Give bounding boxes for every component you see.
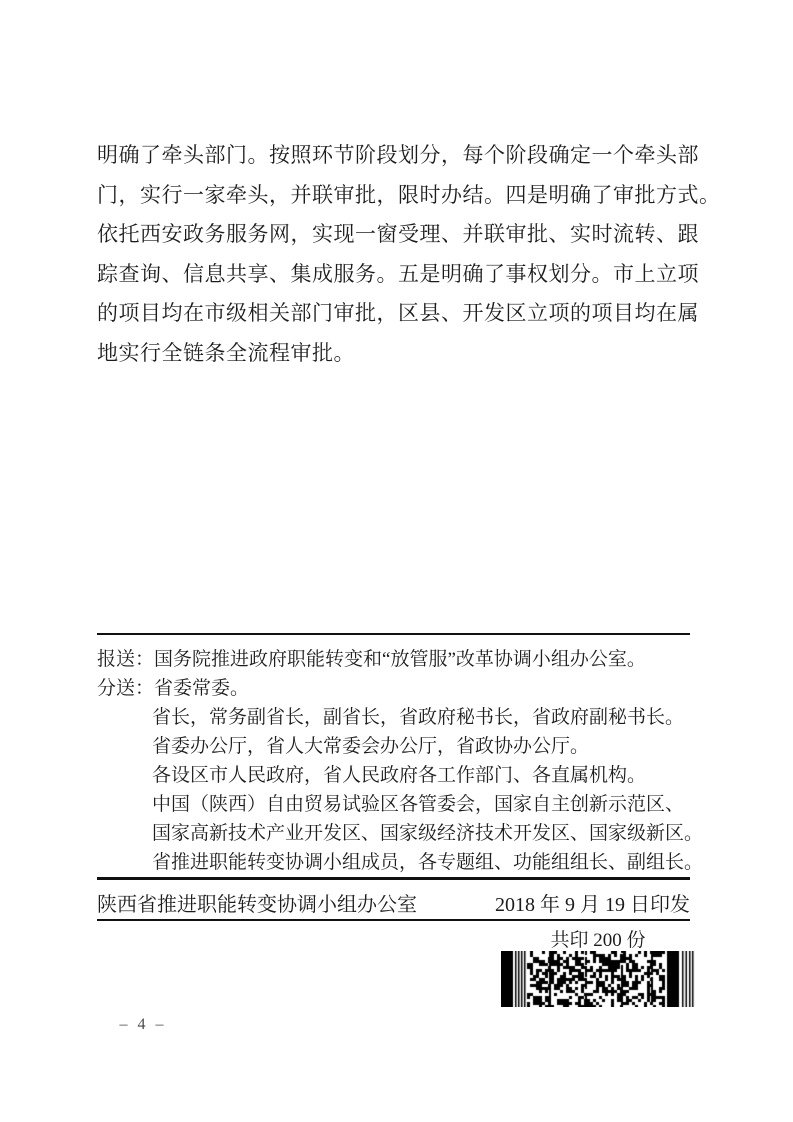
body-line: 依托西安政务服务网，实现一窗受理、并联审批、实时流转、跟 — [97, 215, 691, 255]
body-line: 门，实行一家牵头，并联审批，限时办结。四是明确了审批方式。 — [97, 176, 691, 216]
separator-rule-top — [97, 633, 690, 635]
distribute-to-label: 分送： — [97, 678, 154, 699]
document-page: 明确了牵头部门。按照环节阶段划分，每个阶段确定一个牵头部 门，实行一家牵头，并联… — [0, 0, 793, 1122]
distribute-to-content: 省委常委。 — [154, 678, 249, 699]
body-line: 地实行全链条全流程审批。 — [97, 334, 691, 374]
report-to-content: 国务院推进政府职能转变和“放管服”改革协调小组办公室。 — [154, 649, 646, 670]
print-count: 共印 200 份 — [491, 925, 705, 952]
body-line: 的项目均在市级相关部门审批，区县、开发区立项的项目均在属 — [97, 294, 691, 334]
report-to-line: 报送：国务院推进政府职能转变和“放管服”改革协调小组办公室。 — [97, 645, 707, 674]
separator-rule-bottom — [97, 919, 690, 921]
issuing-office: 陕西省推进职能转变协调小组办公室 — [97, 888, 417, 917]
distribute-to-item: 省委办公厅，省人大常委会办公厅，省政协办公厅。 — [97, 732, 707, 761]
body-line: 踪查询、信息共享、集成服务。五是明确了事权划分。市上立项 — [97, 255, 691, 295]
distribution-block: 报送：国务院推进政府职能转变和“放管服”改革协调小组办公室。 分送：省委常委。 … — [97, 645, 707, 877]
print-date: 2018 年 9 月 19 日印发 — [495, 888, 690, 917]
distribute-to-item: 省长，常务副省长，副省长，省政府秘书长，省政府副秘书长。 — [97, 703, 707, 732]
footer-row: 陕西省推进职能转变协调小组办公室 2018 年 9 月 19 日印发 — [97, 888, 690, 917]
body-paragraph: 明确了牵头部门。按照环节阶段划分，每个阶段确定一个牵头部 门，实行一家牵头，并联… — [97, 136, 691, 373]
barcode — [501, 951, 695, 1007]
distribute-to-line: 分送：省委常委。 — [97, 674, 707, 703]
distribute-to-item: 国家高新技术产业开发区、国家级经济技术开发区、国家级新区。 — [97, 819, 707, 848]
report-to-label: 报送： — [97, 649, 154, 670]
separator-rule-middle — [97, 877, 690, 880]
body-line: 明确了牵头部门。按照环节阶段划分，每个阶段确定一个牵头部 — [97, 136, 691, 176]
distribute-to-item: 省推进职能转变协调小组成员，各专题组、功能组组长、副组长。 — [97, 848, 707, 877]
distribute-to-item: 各设区市人民政府，省人民政府各工作部门、各直属机构。 — [97, 761, 707, 790]
page-number: – 4 – — [97, 1016, 189, 1034]
distribute-to-item: 中国（陕西）自由贸易试验区各管委会，国家自主创新示范区、 — [97, 790, 707, 819]
